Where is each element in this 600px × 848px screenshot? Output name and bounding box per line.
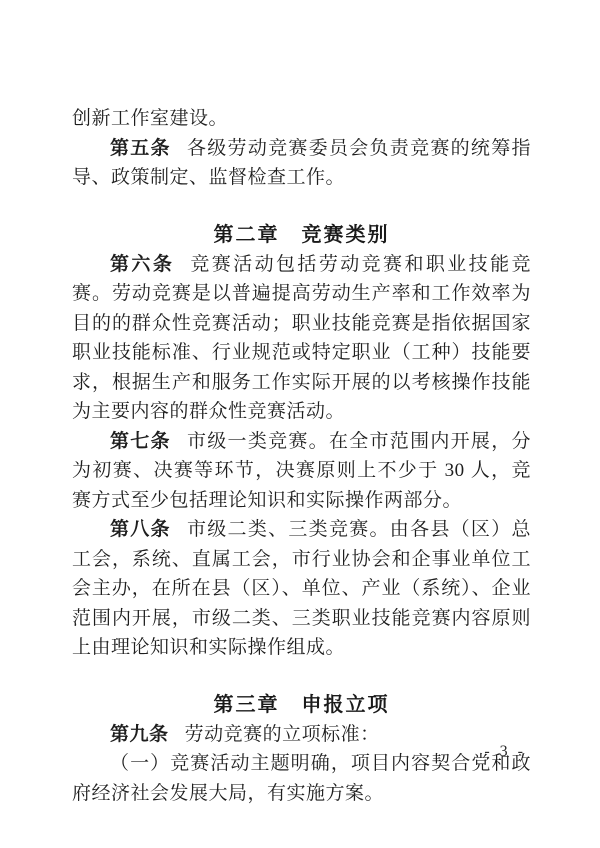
article-number-label: 第六条 [110,254,174,275]
article-paragraph: 第六条竞赛活动包括劳动竞赛和职业技能竞赛。劳动竞赛是以普遍提高劳动生产率和工作效… [72,250,531,427]
page-number: - 3 - [484,743,526,761]
paragraph-continuation: 创新工作室建设。 [72,104,531,134]
list-item-paragraph: （一）竞赛活动主题明确，项目内容契合党和政府经济社会发展大局，有实施方案。 [72,749,531,808]
article-paragraph: 第七条市级一类竞赛。在全市范围内开展，分为初赛、决赛等环节，决赛原则上不少于 3… [72,427,531,516]
article-number-label: 第七条 [110,431,171,452]
article-text: 劳动竞赛的立项标准： [185,724,380,745]
article-text: 竞赛活动包括劳动竞赛和职业技能竞赛。劳动竞赛是以普遍提高劳动生产率和工作效率为目… [72,254,531,423]
article-paragraph: 第九条劳动竞赛的立项标准： [72,720,531,750]
article-paragraph: 第八条市级二类、三类竞赛。由各县（区）总工会，系统、直属工会，市行业协会和企事业… [72,515,531,663]
chapter-heading: 第三章 申报立项 [72,690,531,720]
document-page: 创新工作室建设。 第五条各级劳动竞赛委员会负责竞赛的统筹指导、政策制定、监督检查… [0,0,600,848]
chapter-heading: 第二章 竞赛类别 [72,220,531,250]
article-number-label: 第五条 [110,138,171,159]
article-number-label: 第八条 [110,519,171,540]
article-number-label: 第九条 [110,724,169,745]
article-paragraph: 第五条各级劳动竞赛委员会负责竞赛的统筹指导、政策制定、监督检查工作。 [72,134,531,193]
document-body: 创新工作室建设。 第五条各级劳动竞赛委员会负责竞赛的统筹指导、政策制定、监督检查… [72,104,531,808]
